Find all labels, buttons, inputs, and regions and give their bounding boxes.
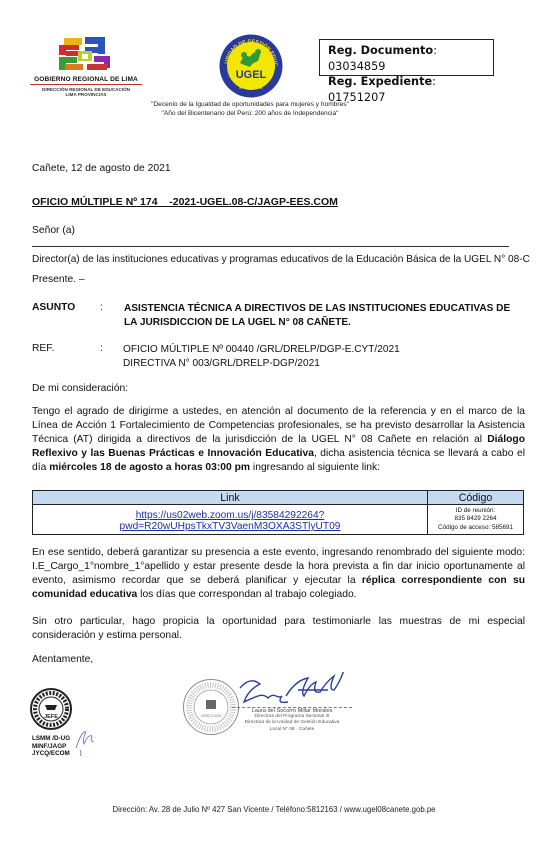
ugel-logo: UNIDAD DE GESTIÓN EDUCATIVA LOCAL UGEL N… bbox=[218, 33, 284, 99]
footer-address: Dirección: Av. 28 de Julio Nº 427 San Vi… bbox=[0, 805, 548, 814]
small-signature-icon bbox=[72, 726, 98, 756]
ref-text: OFICIO MÚLTIPLE Nº 00440 /GRL/DRELP/DGP-… bbox=[123, 343, 400, 370]
gobierno-regional-subtitle: DIRECCIÓN REGIONAL DE EDUCACIÓN LIMA PRO… bbox=[30, 87, 142, 97]
meeting-link-table: Link Código https://us02web.zoom.us/j/83… bbox=[32, 490, 524, 535]
oficio-number: OFICIO MÚLTIPLE Nº 174 -2021-UGEL.08-C/J… bbox=[32, 196, 338, 208]
paragraph-1: Tengo el agrado de dirigirme a ustedes, … bbox=[32, 405, 525, 475]
meeting-id-label: ID de reunión: bbox=[428, 507, 523, 515]
ref-colon: : bbox=[100, 343, 103, 354]
salutation: Señor (a) bbox=[32, 225, 75, 236]
initials-line2: MINF/JAGP bbox=[32, 743, 70, 751]
paragraph-3: Sin otro particular, hago propicia la op… bbox=[32, 615, 525, 643]
col-link-header: Link bbox=[33, 491, 428, 505]
svg-text:Nº 08 CAÑETE: Nº 08 CAÑETE bbox=[239, 85, 263, 90]
consideracion: De mi consideración: bbox=[32, 383, 128, 394]
reg-documento: Reg. Documento: 03034859 bbox=[328, 43, 493, 74]
ref-line1: OFICIO MÚLTIPLE Nº 00440 /GRL/DRELP/DGP-… bbox=[123, 343, 400, 357]
initials-line1: LSMM /D-UG bbox=[32, 735, 70, 743]
closing: Atentamente, bbox=[32, 654, 93, 665]
ugel-emblem-icon: UNIDAD DE GESTIÓN EDUCATIVA LOCAL UGEL N… bbox=[218, 33, 284, 99]
zoom-meeting-link[interactable]: https://us02web.zoom.us/j/83584292264?pw… bbox=[120, 510, 341, 532]
p1-bold-datetime: miércoles 18 de agosto a horas 03:00 pm bbox=[49, 462, 250, 473]
ref-label: REF. bbox=[32, 343, 54, 354]
p1-text1: Tengo el agrado de dirigirme a ustedes, … bbox=[32, 406, 525, 445]
p2-text2: los días que correspondan al trabajo col… bbox=[137, 589, 356, 600]
decenio-motto: "Decenio de la Igualdad de oportunidades… bbox=[120, 101, 380, 118]
jefe-stamp: JEFE bbox=[30, 688, 72, 730]
bicentenario-line: "Año del Bicentenario del Perú: 200 años… bbox=[120, 110, 380, 119]
gobierno-regional-lima-logo: GOBIERNO REGIONAL DE LIMA DIRECCIÓN REGI… bbox=[30, 36, 142, 96]
reg-expediente-label: Reg. Expediente bbox=[328, 75, 432, 88]
registry-box: Reg. Documento: 03034859 Reg. Expediente… bbox=[319, 39, 494, 76]
svg-text:DIRECCIÓN: DIRECCIÓN bbox=[201, 713, 222, 718]
gr-subtitle-line2: LIMA PROVINCIAS bbox=[30, 92, 142, 97]
link-cell: https://us02web.zoom.us/j/83584292264?pw… bbox=[33, 505, 428, 535]
handwritten-signature-icon bbox=[236, 672, 366, 710]
recipient: Director(a) de las instituciones educati… bbox=[32, 254, 530, 265]
col-codigo-header: Código bbox=[428, 491, 524, 505]
initials-block: LSMM /D-UG MINF/JAGP JYCQ/ECOM bbox=[32, 735, 70, 758]
letter-date: Cañete, 12 de agosto de 2021 bbox=[32, 163, 171, 174]
decenio-line1: "Decenio de la Igualdad de oportunidades… bbox=[120, 101, 380, 110]
presente: Presente. – bbox=[32, 274, 85, 285]
code-cell: ID de reunión: 835 8429 2264 Código de a… bbox=[428, 505, 524, 535]
gobierno-regional-mark-icon bbox=[54, 36, 116, 74]
svg-text:UGEL: UGEL bbox=[236, 69, 267, 81]
asunto-label: ASUNTO bbox=[32, 302, 75, 313]
signer-role3: Local N° 08 · Cañete bbox=[232, 727, 352, 733]
signer-role2: Directora de la Unidad de Gestión Educat… bbox=[232, 720, 352, 726]
meeting-id-value: 835 8429 2264 bbox=[428, 515, 523, 523]
access-code: Código de acceso: 585691 bbox=[428, 524, 523, 532]
table-row: https://us02web.zoom.us/j/83584292264?pw… bbox=[33, 505, 524, 535]
p1-text3: ingresando al siguiente link: bbox=[250, 462, 380, 473]
signer-block: Laura del Socorro Millar Morales Directo… bbox=[232, 708, 352, 733]
divider-line bbox=[32, 246, 509, 247]
jefe-seal-icon: JEFE bbox=[30, 688, 72, 730]
table-header-row: Link Código bbox=[33, 491, 524, 505]
asunto-colon: : bbox=[100, 302, 103, 313]
paragraph-2: En ese sentido, deberá garantizar su pre… bbox=[32, 546, 525, 602]
ref-line2: DIRECTIVA N° 003/GRL/DRELP-DGP/2021 bbox=[123, 357, 400, 371]
initials-line3: JYCQ/ECOM bbox=[32, 750, 70, 758]
svg-text:JEFE: JEFE bbox=[44, 714, 58, 720]
reg-documento-label: Reg. Documento bbox=[328, 44, 433, 57]
gobierno-regional-title: GOBIERNO REGIONAL DE LIMA bbox=[30, 76, 142, 85]
asunto-text: ASISTENCIA TÉCNICA A DIRECTIVOS DE LAS I… bbox=[124, 302, 519, 330]
